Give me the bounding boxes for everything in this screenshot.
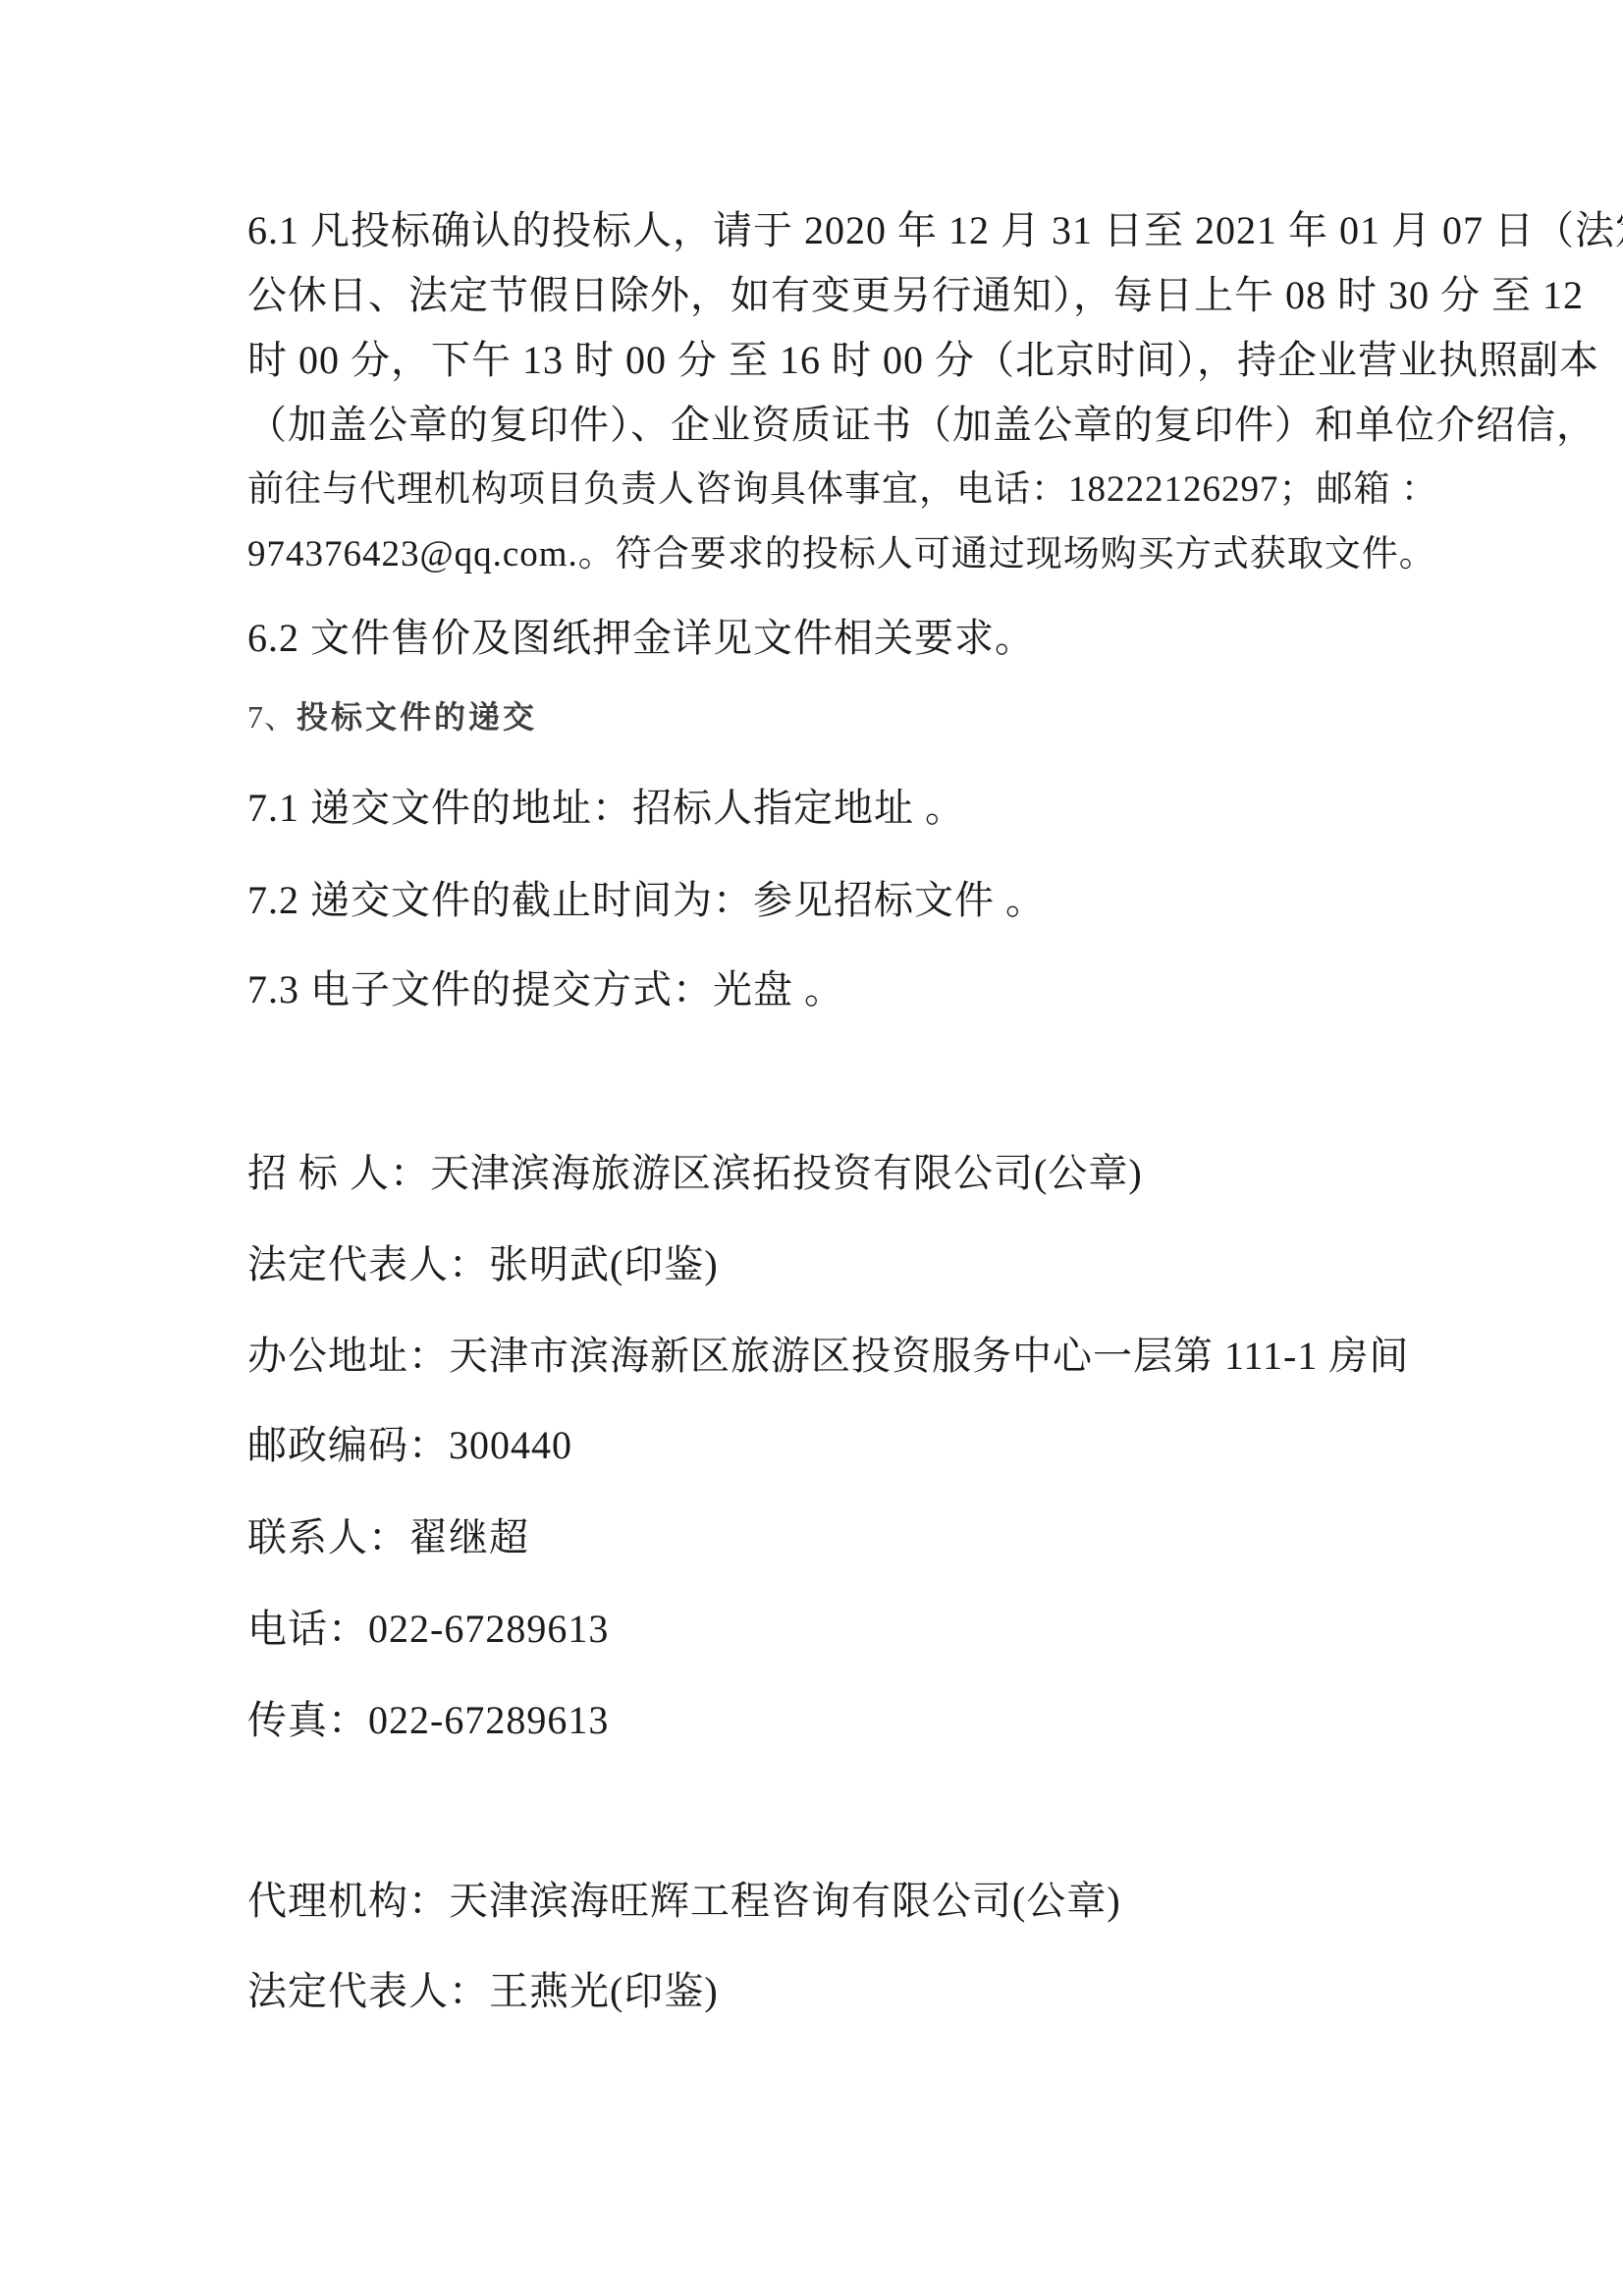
agency-name-line: 代理机构：天津滨海旺辉工程咨询有限公司(公章)	[247, 1869, 1396, 1934]
section-7-number: 7、	[247, 699, 297, 735]
tenderer-fax-line: 传真：022-67289613	[247, 1688, 1396, 1753]
clause-6-1-line-6: 974376423@qq.com.。符合要求的投标人可通过现场购买方式获取文件。	[247, 522, 1396, 587]
section-7-title: 投标文件的递交	[297, 699, 537, 735]
clause-6-1-paragraph: 6.1 凡投标确认的投标人，请于 2020 年 12 月 31 日至 2021 …	[247, 198, 1396, 587]
section-7-heading: 7、投标文件的递交	[247, 684, 1396, 749]
clause-6-1-line-4: （加盖公章的复印件）、企业资质证书（加盖公章的复印件）和单位介绍信，	[247, 393, 1396, 458]
document-body: 6.1 凡投标确认的投标人，请于 2020 年 12 月 31 日至 2021 …	[247, 0, 1396, 2024]
tenderer-office-address-line: 办公地址：天津市滨海新区旅游区投资服务中心一层第 111-1 房间	[247, 1324, 1396, 1389]
clause-6-2: 6.2 文件售价及图纸押金详见文件相关要求。	[247, 606, 1396, 671]
clause-6-1-line-5: 前往与代理机构项目负责人咨询具体事宜，电话：18222126297；邮箱 ：	[247, 458, 1396, 522]
tenderer-name-line: 招 标 人：天津滨海旅游区滨拓投资有限公司(公章)	[247, 1141, 1396, 1206]
tenderer-legal-representative-line: 法定代表人：张明武(印鉴)	[247, 1232, 1396, 1297]
document-page: 6.1 凡投标确认的投标人，请于 2020 年 12 月 31 日至 2021 …	[0, 0, 1623, 2296]
tenderer-contact-person-line: 联系人：翟继超	[247, 1505, 1396, 1570]
tenderer-phone-line: 电话：022-67289613	[247, 1597, 1396, 1662]
agency-legal-representative-line: 法定代表人：王燕光(印鉴)	[247, 1959, 1396, 2024]
clause-7-3: 7.3 电子文件的提交方式：光盘 。	[247, 957, 1396, 1022]
clause-6-1-line-3: 时 00 分，下午 13 时 00 分 至 16 时 00 分（北京时间），持企…	[247, 328, 1396, 393]
clause-7-2: 7.2 递交文件的截止时间为：参见招标文件 。	[247, 868, 1396, 933]
clause-7-1: 7.1 递交文件的地址：招标人指定地址 。	[247, 776, 1396, 841]
clause-6-1-line-2: 公休日、法定节假日除外，如有变更另行通知），每日上午 08 时 30 分 至 1…	[247, 263, 1396, 328]
clause-6-1-line-1: 6.1 凡投标确认的投标人，请于 2020 年 12 月 31 日至 2021 …	[247, 198, 1396, 263]
tenderer-postal-code-line: 邮政编码：300440	[247, 1413, 1396, 1478]
